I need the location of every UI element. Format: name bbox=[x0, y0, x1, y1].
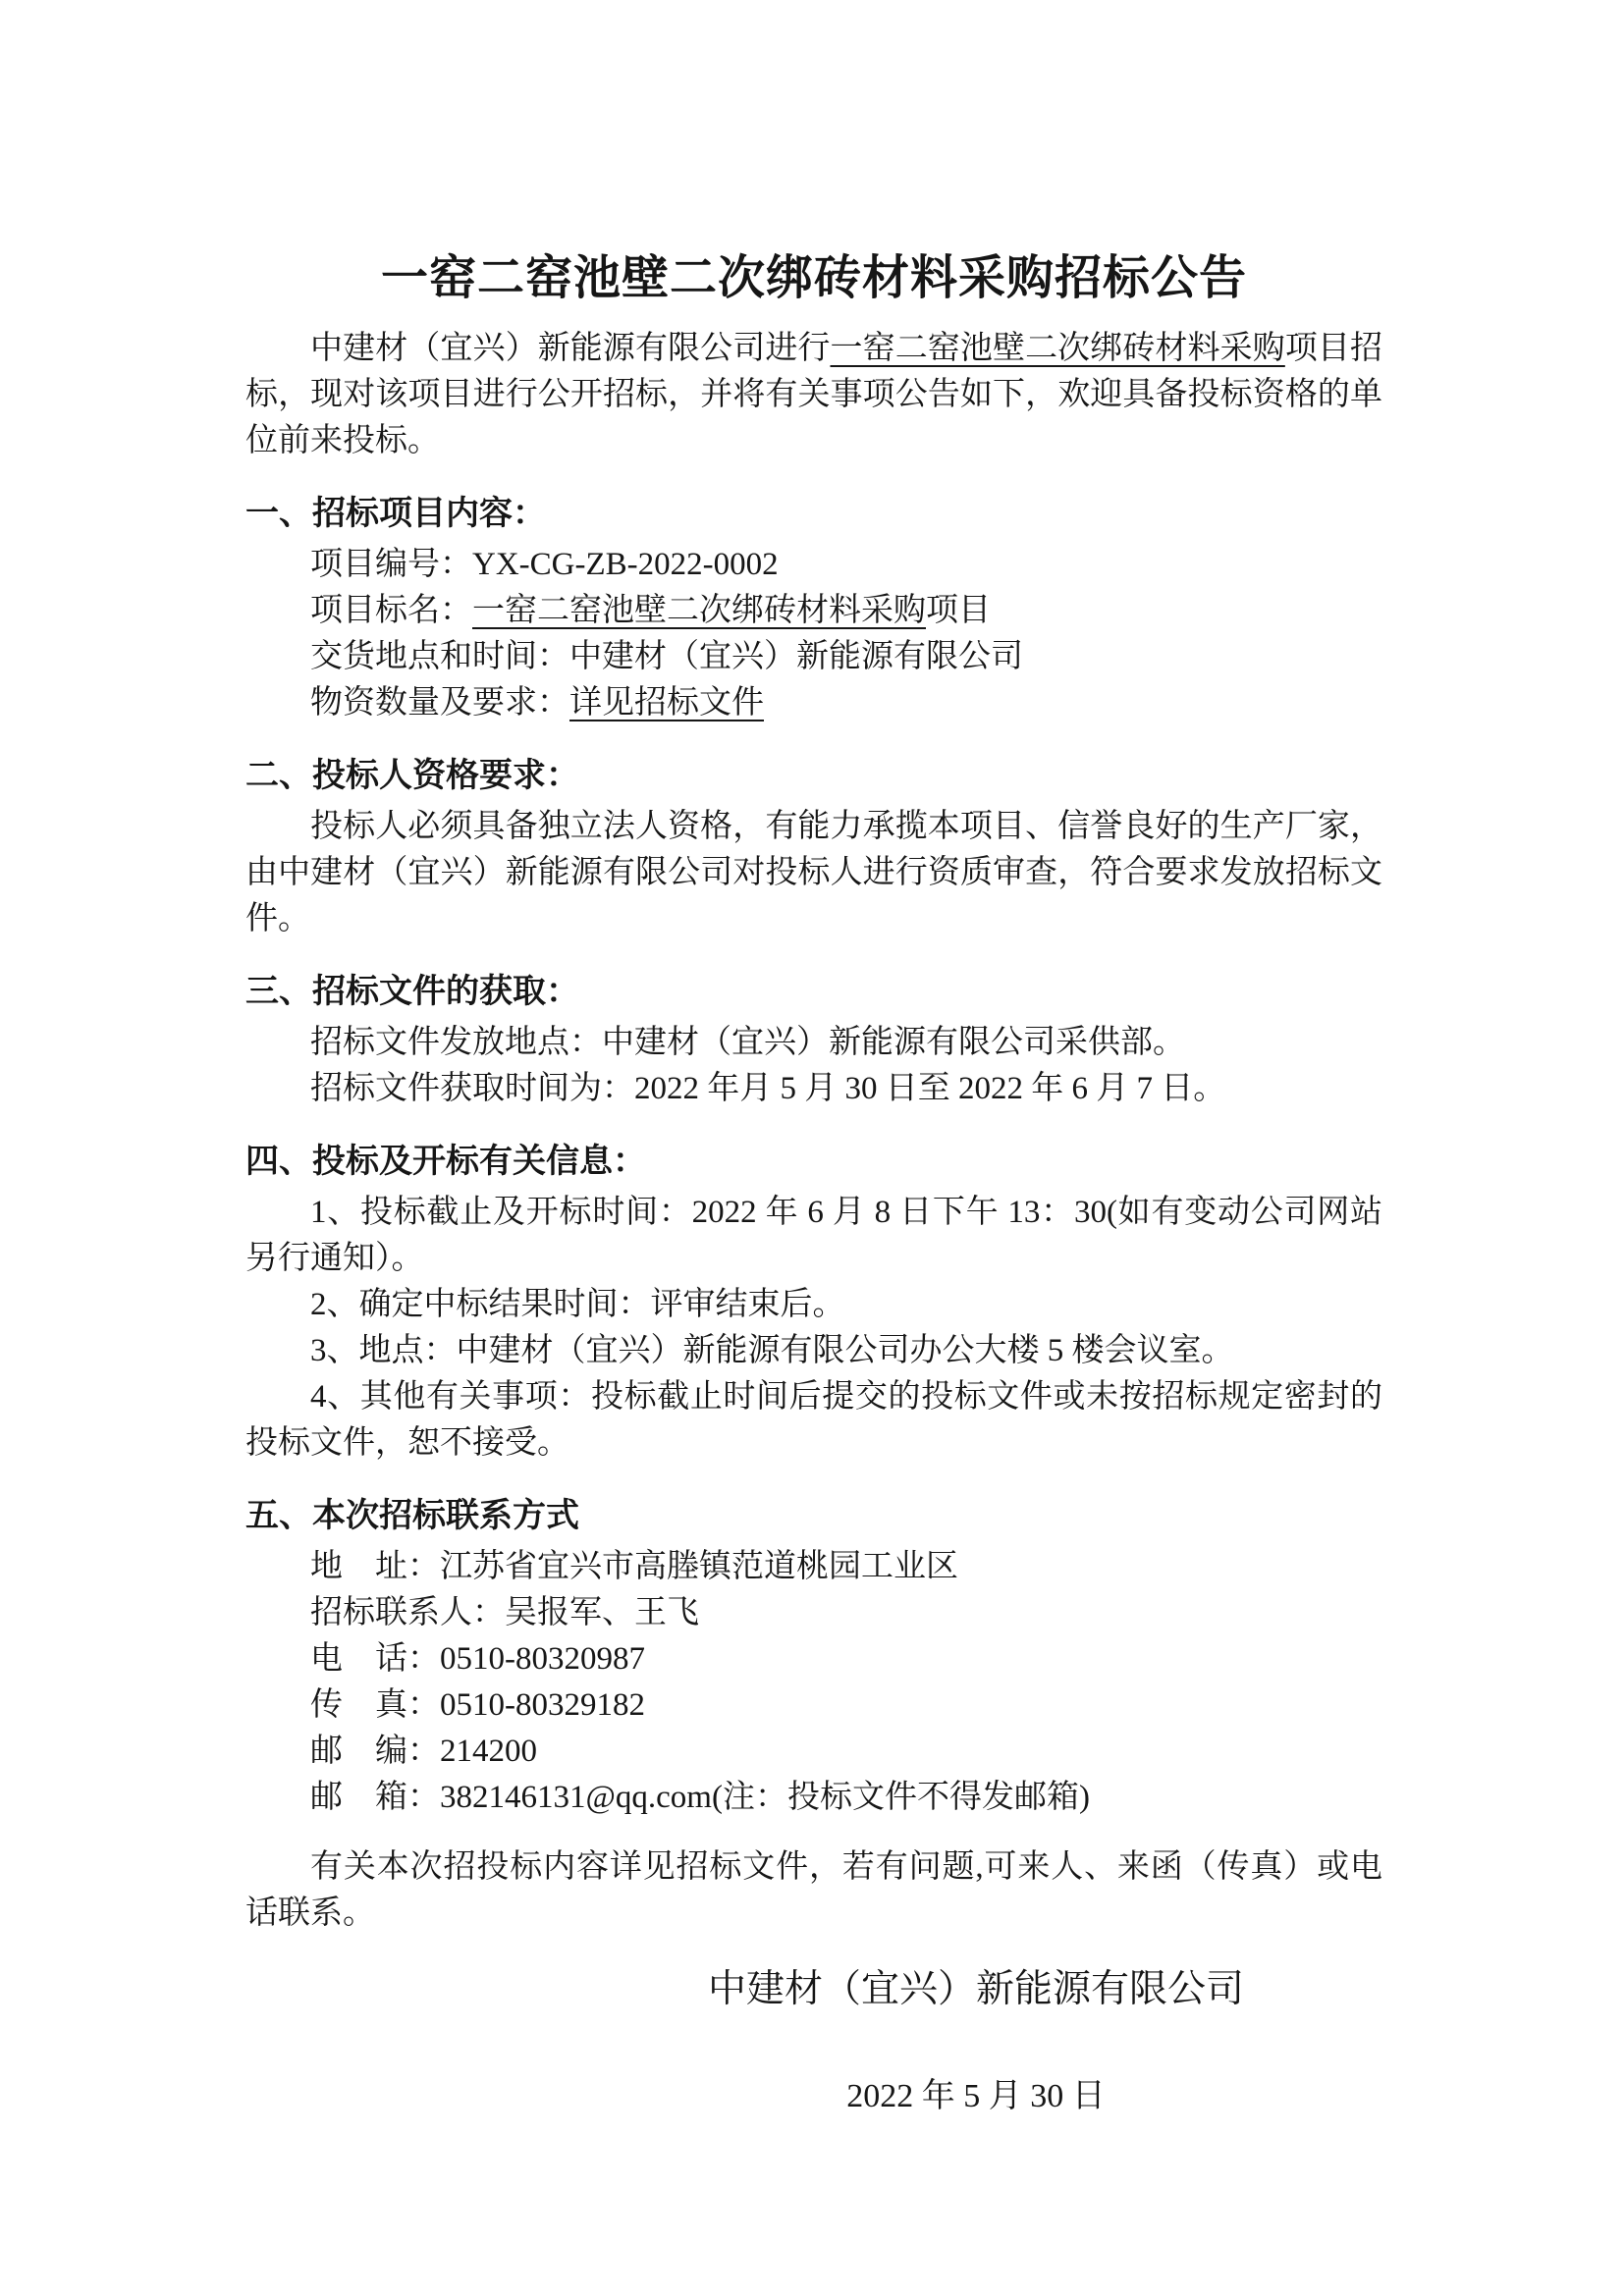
acquisition-time-row: 招标文件获取时间为：2022 年月 5 月 30 日至 2022 年 6 月 7… bbox=[245, 1066, 1382, 1112]
section-contact-info: 五、本次招标联系方式 地 址：江苏省宜兴市高塍镇范道桃园工业区 招标联系人：吴报… bbox=[245, 1492, 1382, 1821]
intro-text-lead: 中建材（宜兴）新能源有限公司进行 bbox=[310, 331, 831, 366]
signature-date: 2022 年 5 月 30 日 bbox=[569, 2072, 1382, 2120]
delivery-label: 交货地点和时间： bbox=[310, 639, 569, 674]
section-document-acquisition: 三、招标文件的获取： 招标文件发放地点：中建材（宜兴）新能源有限公司采供部。 招… bbox=[245, 968, 1382, 1112]
section-bidder-qualification: 二、投标人资格要求： 投标人必须具备独立法人资格，有能力承揽本项目、信誉良好的生… bbox=[245, 752, 1382, 942]
phone-row: 电 话：0510-80320987 bbox=[245, 1636, 1382, 1682]
materials-label: 物资数量及要求： bbox=[310, 685, 569, 721]
email-row: 邮 箱：382146131@qq.com(注：投标文件不得发邮箱) bbox=[245, 1775, 1382, 1821]
project-number-row: 项目编号：YX-CG-ZB-2022-0002 bbox=[245, 542, 1382, 588]
fax-label: 传 真： bbox=[310, 1687, 440, 1723]
phone-label: 电 话： bbox=[310, 1641, 440, 1677]
document-page: 一窑二窑池壁二次绑砖材料采购招标公告 中建材（宜兴）新能源有限公司进行一窑二窑池… bbox=[0, 0, 1624, 2296]
closing-paragraph: 有关本次招投标内容详见招标文件，若有问题,可来人、来函（传真）或电话联系。 bbox=[245, 1844, 1382, 1937]
delivery-row: 交货地点和时间：中建材（宜兴）新能源有限公司 bbox=[245, 634, 1382, 680]
project-number-value: YX-CG-ZB-2022-0002 bbox=[472, 547, 779, 582]
project-name-row: 项目标名：一窑二窑池壁二次绑砖材料采购项目 bbox=[245, 588, 1382, 634]
signature-company: 中建材（宜兴）新能源有限公司 bbox=[569, 1962, 1382, 2017]
project-name-underlined: 一窑二窑池壁二次绑砖材料采购 bbox=[472, 593, 926, 628]
qualification-paragraph: 投标人必须具备独立法人资格，有能力承揽本项目、信誉良好的生产厂家，由中建材（宜兴… bbox=[245, 804, 1382, 942]
phone-value: 0510-80320987 bbox=[440, 1641, 645, 1677]
section-4-heading: 四、投标及开标有关信息： bbox=[245, 1138, 1382, 1186]
email-value: 382146131@qq.com(注：投标文件不得发邮箱) bbox=[440, 1780, 1090, 1815]
materials-underlined: 详见招标文件 bbox=[569, 685, 764, 721]
intro-underlined-project-name: 一窑二窑池壁二次绑砖材料采购 bbox=[831, 331, 1285, 366]
postal-code-row: 邮 编：214200 bbox=[245, 1729, 1382, 1775]
intro-paragraph: 中建材（宜兴）新能源有限公司进行一窑二窑池壁二次绑砖材料采购项目招标，现对该项目… bbox=[245, 326, 1382, 464]
email-label: 邮 箱： bbox=[310, 1780, 440, 1815]
section-tender-content: 一、招标项目内容： 项目编号：YX-CG-ZB-2022-0002 项目标名：一… bbox=[245, 490, 1382, 726]
section-1-heading: 一、招标项目内容： bbox=[245, 490, 1382, 538]
address-row: 地 址：江苏省宜兴市高塍镇范道桃园工业区 bbox=[245, 1544, 1382, 1590]
bid-deadline-item: 1、投标截止及开标时间：2022 年 6 月 8 日下午 13：30(如有变动公… bbox=[245, 1190, 1382, 1282]
issue-place-row: 招标文件发放地点：中建材（宜兴）新能源有限公司采供部。 bbox=[245, 1020, 1382, 1066]
other-matters-item: 4、其他有关事项：投标截止时间后提交的投标文件或未按招标规定密封的投标文件，恕不… bbox=[245, 1374, 1382, 1467]
section-bid-opening-info: 四、投标及开标有关信息： 1、投标截止及开标时间：2022 年 6 月 8 日下… bbox=[245, 1138, 1382, 1467]
project-name-suffix: 项目 bbox=[926, 593, 991, 628]
fax-row: 传 真：0510-80329182 bbox=[245, 1682, 1382, 1729]
delivery-value: 中建材（宜兴）新能源有限公司 bbox=[569, 639, 1023, 674]
postal-code-label: 邮 编： bbox=[310, 1734, 440, 1769]
postal-code-value: 214200 bbox=[440, 1734, 537, 1769]
contact-person-value: 吴报军、王飞 bbox=[505, 1595, 699, 1630]
fax-value: 0510-80329182 bbox=[440, 1687, 645, 1723]
contact-person-row: 招标联系人：吴报军、王飞 bbox=[245, 1590, 1382, 1636]
project-name-label: 项目标名： bbox=[310, 593, 472, 628]
page-title: 一窑二窑池壁二次绑砖材料采购招标公告 bbox=[245, 247, 1382, 310]
materials-row: 物资数量及要求：详见招标文件 bbox=[245, 680, 1382, 726]
contact-person-label: 招标联系人： bbox=[310, 1595, 505, 1630]
project-number-label: 项目编号： bbox=[310, 547, 472, 582]
address-label: 地 址： bbox=[310, 1549, 440, 1584]
result-time-item: 2、确定中标结果时间：评审结束后。 bbox=[245, 1282, 1382, 1328]
section-5-heading: 五、本次招标联系方式 bbox=[245, 1492, 1382, 1540]
section-2-heading: 二、投标人资格要求： bbox=[245, 752, 1382, 800]
section-3-heading: 三、招标文件的获取： bbox=[245, 968, 1382, 1016]
location-item: 3、地点：中建材（宜兴）新能源有限公司办公大楼 5 楼会议室。 bbox=[245, 1328, 1382, 1374]
address-value: 江苏省宜兴市高塍镇范道桃园工业区 bbox=[440, 1549, 958, 1584]
